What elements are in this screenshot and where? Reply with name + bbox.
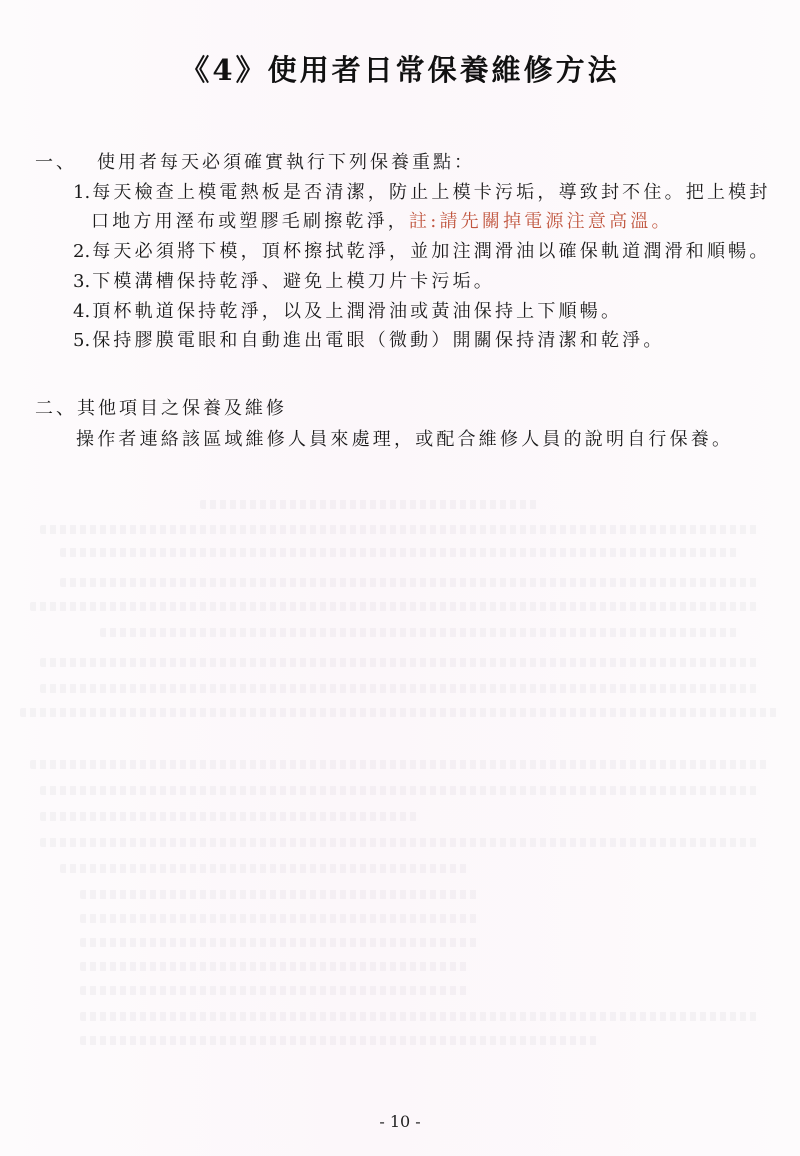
list-item-3: 3.下模溝槽保持乾淨、避免上模刀片卡污垢。 bbox=[73, 267, 495, 293]
bleed-through-artifact bbox=[80, 938, 480, 947]
section-2-body: 操作者連絡該區域維修人員來處理，或配合維修人員的說明自行保養。 bbox=[76, 425, 733, 451]
section-1-heading: 一、使用者每天必須確實執行下列保養重點： bbox=[35, 148, 475, 174]
bleed-through-artifact bbox=[40, 525, 760, 534]
list-item-5-number: 5. bbox=[73, 330, 90, 351]
bleed-through-artifact bbox=[200, 500, 540, 509]
list-item-2-number: 2. bbox=[73, 241, 90, 262]
list-item-5: 5.保持膠膜電眼和自動進出電眼（微動）開關保持清潔和乾淨。 bbox=[73, 326, 665, 352]
list-item-3-number: 3. bbox=[73, 271, 90, 292]
bleed-through-artifact bbox=[80, 1036, 600, 1045]
list-item-5-text: 保持膠膜電眼和自動進出電眼（微動）開關保持清潔和乾淨。 bbox=[92, 330, 664, 351]
list-item-1-text: 每天檢查上模電熱板是否清潔，防止上模卡污垢，導致封不住。把上模封 bbox=[92, 182, 770, 203]
list-item-1-number: 1. bbox=[73, 182, 90, 203]
list-item-3-text: 下模溝槽保持乾淨、避免上模刀片卡污垢。 bbox=[92, 271, 495, 292]
section-2-number: 二、 bbox=[35, 394, 77, 420]
list-item-1-continuation: 口地方用溼布或塑膠毛刷擦乾淨，註:請先關掉電源注意高溫。 bbox=[91, 207, 673, 233]
bleed-through-artifact bbox=[40, 684, 760, 693]
bleed-through-artifact bbox=[60, 548, 740, 557]
bleed-through-artifact bbox=[40, 812, 420, 821]
page-title: 《4》使用者日常保養維修方法 bbox=[0, 48, 800, 89]
bleed-through-artifact bbox=[40, 658, 760, 667]
bleed-through-artifact bbox=[60, 864, 470, 873]
list-item-4-text: 頂杯軌道保持乾淨，以及上潤滑油或黃油保持上下順暢。 bbox=[92, 301, 622, 322]
bleed-through-artifact bbox=[30, 760, 770, 769]
bleed-through-artifact bbox=[20, 708, 780, 717]
list-item-2-text: 每天必須將下模，頂杯擦拭乾淨，並加注潤滑油以確保軌道潤滑和順暢。 bbox=[92, 241, 770, 262]
list-item-4-number: 4. bbox=[73, 301, 90, 322]
bleed-through-artifact bbox=[80, 986, 470, 995]
bleed-through-artifact bbox=[100, 628, 740, 637]
bleed-through-artifact bbox=[80, 914, 480, 923]
bleed-through-artifact bbox=[40, 786, 760, 795]
bleed-through-artifact bbox=[80, 890, 480, 899]
page-number: - 10 - bbox=[0, 1112, 800, 1131]
section-2-heading: 二、其他項目之保養及維修 bbox=[35, 394, 287, 420]
list-item-2: 2.每天必須將下模，頂杯擦拭乾淨，並加注潤滑油以確保軌道潤滑和順暢。 bbox=[73, 237, 771, 263]
section-1-number: 一、 bbox=[35, 148, 97, 174]
bleed-through-artifact bbox=[30, 602, 760, 611]
list-item-4: 4.頂杯軌道保持乾淨，以及上潤滑油或黃油保持上下順暢。 bbox=[73, 297, 622, 323]
bleed-through-artifact bbox=[80, 962, 470, 971]
bleed-through-artifact bbox=[80, 1012, 760, 1021]
bleed-through-artifact bbox=[60, 578, 760, 587]
warning-note: 註:請先關掉電源注意高溫。 bbox=[409, 211, 673, 232]
section-2-title: 其他項目之保養及維修 bbox=[77, 398, 287, 419]
document-page: 《4》使用者日常保養維修方法 一、使用者每天必須確實執行下列保養重點： 1.每天… bbox=[0, 0, 800, 1156]
bleed-through-artifact bbox=[40, 838, 760, 847]
section-1-title: 使用者每天必須確實執行下列保養重點： bbox=[97, 152, 475, 173]
list-item-1-text-2: 口地方用溼布或塑膠毛刷擦乾淨， bbox=[91, 211, 409, 232]
list-item-1: 1.每天檢查上模電熱板是否清潔，防止上模卡污垢，導致封不住。把上模封 bbox=[73, 178, 771, 204]
